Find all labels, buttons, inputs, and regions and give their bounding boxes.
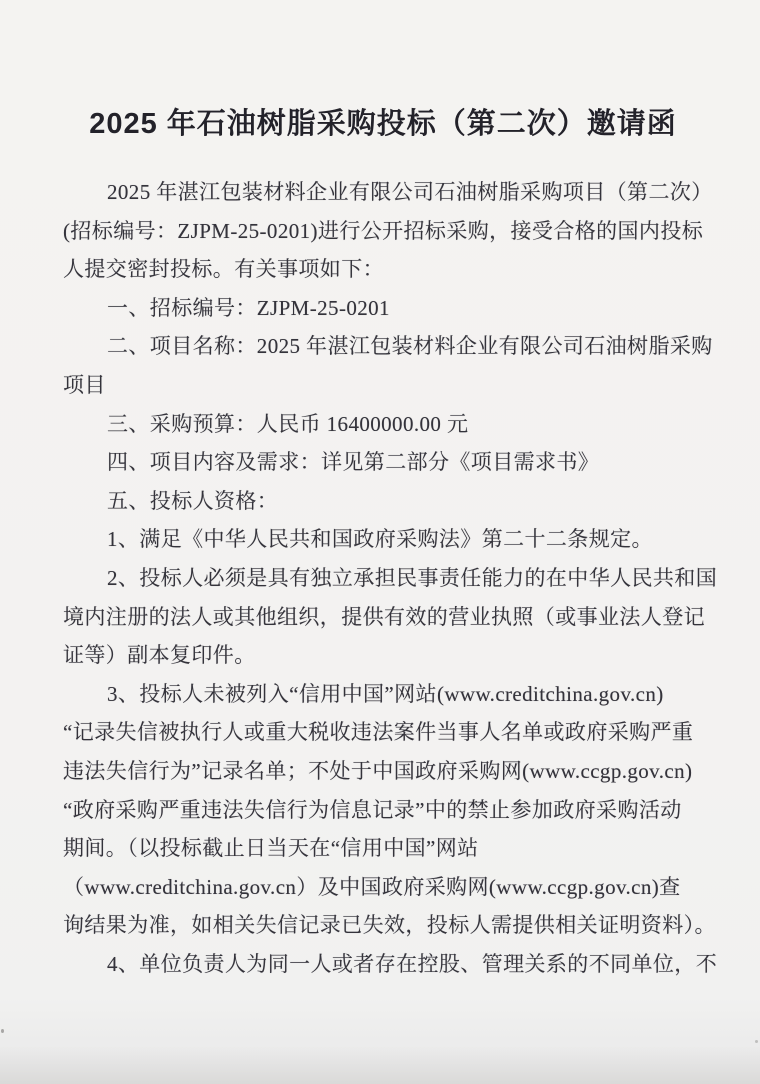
document-content: 2025 年石油树脂采购投标（第二次）邀请函 2025 年湛江包装材料企业有限公… (63, 104, 703, 983)
scan-speck (755, 1040, 758, 1043)
scan-speck (1, 1029, 4, 1033)
text-line: 项目 (63, 366, 703, 405)
text-line: 四、项目内容及需求：详见第二部分《项目需求书》 (63, 443, 703, 482)
text-line: （www.creditchina.gov.cn）及中国政府采购网(www.ccg… (63, 868, 703, 907)
text-line: 三、采购预算：人民币 16400000.00 元 (63, 405, 703, 444)
text-line: 境内注册的法人或其他组织，提供有效的营业执照（或事业法人登记 (63, 598, 703, 637)
text-line: 期间。（以投标截止日当天在“信用中国”网站 (63, 829, 703, 868)
text-line: 4、单位负责人为同一人或者存在控股、管理关系的不同单位，不 (63, 945, 703, 984)
text-line: 人提交密封投标。有关事项如下： (63, 250, 703, 289)
scanned-document-page: 2025 年石油树脂采购投标（第二次）邀请函 2025 年湛江包装材料企业有限公… (0, 0, 760, 1084)
text-line: 五、投标人资格： (63, 482, 703, 521)
text-line: 一、招标编号：ZJPM-25-0201 (63, 289, 703, 328)
text-line: 2025 年湛江包装材料企业有限公司石油树脂采购项目（第二次） (63, 173, 703, 212)
text-line: “记录失信被执行人或重大税收违法案件当事人名单或政府采购严重 (63, 713, 703, 752)
text-line: (招标编号：ZJPM-25-0201)进行公开招标采购，接受合格的国内投标 (63, 212, 703, 251)
document-title: 2025 年石油树脂采购投标（第二次）邀请函 (63, 104, 703, 144)
text-line: 1、满足《中华人民共和国政府采购法》第二十二条规定。 (63, 520, 703, 559)
text-line: 违法失信行为”记录名单；不处于中国政府采购网(www.ccgp.gov.cn) (63, 752, 703, 791)
document-body: 2025 年湛江包装材料企业有限公司石油树脂采购项目（第二次）(招标编号：ZJP… (63, 173, 703, 983)
text-line: 二、项目名称：2025 年湛江包装材料企业有限公司石油树脂采购 (63, 327, 703, 366)
text-line: 3、投标人未被列入“信用中国”网站(www.creditchina.gov.cn… (63, 675, 703, 714)
text-line: 询结果为准，如相关失信记录已失效，投标人需提供相关证明资料）。 (63, 906, 703, 945)
text-line: 证等）副本复印件。 (63, 636, 703, 675)
text-line: “政府采购严重违法失信行为信息记录”中的禁止参加政府采购活动 (63, 791, 703, 830)
text-line: 2、投标人必须是具有独立承担民事责任能力的在中华人民共和国 (63, 559, 703, 598)
